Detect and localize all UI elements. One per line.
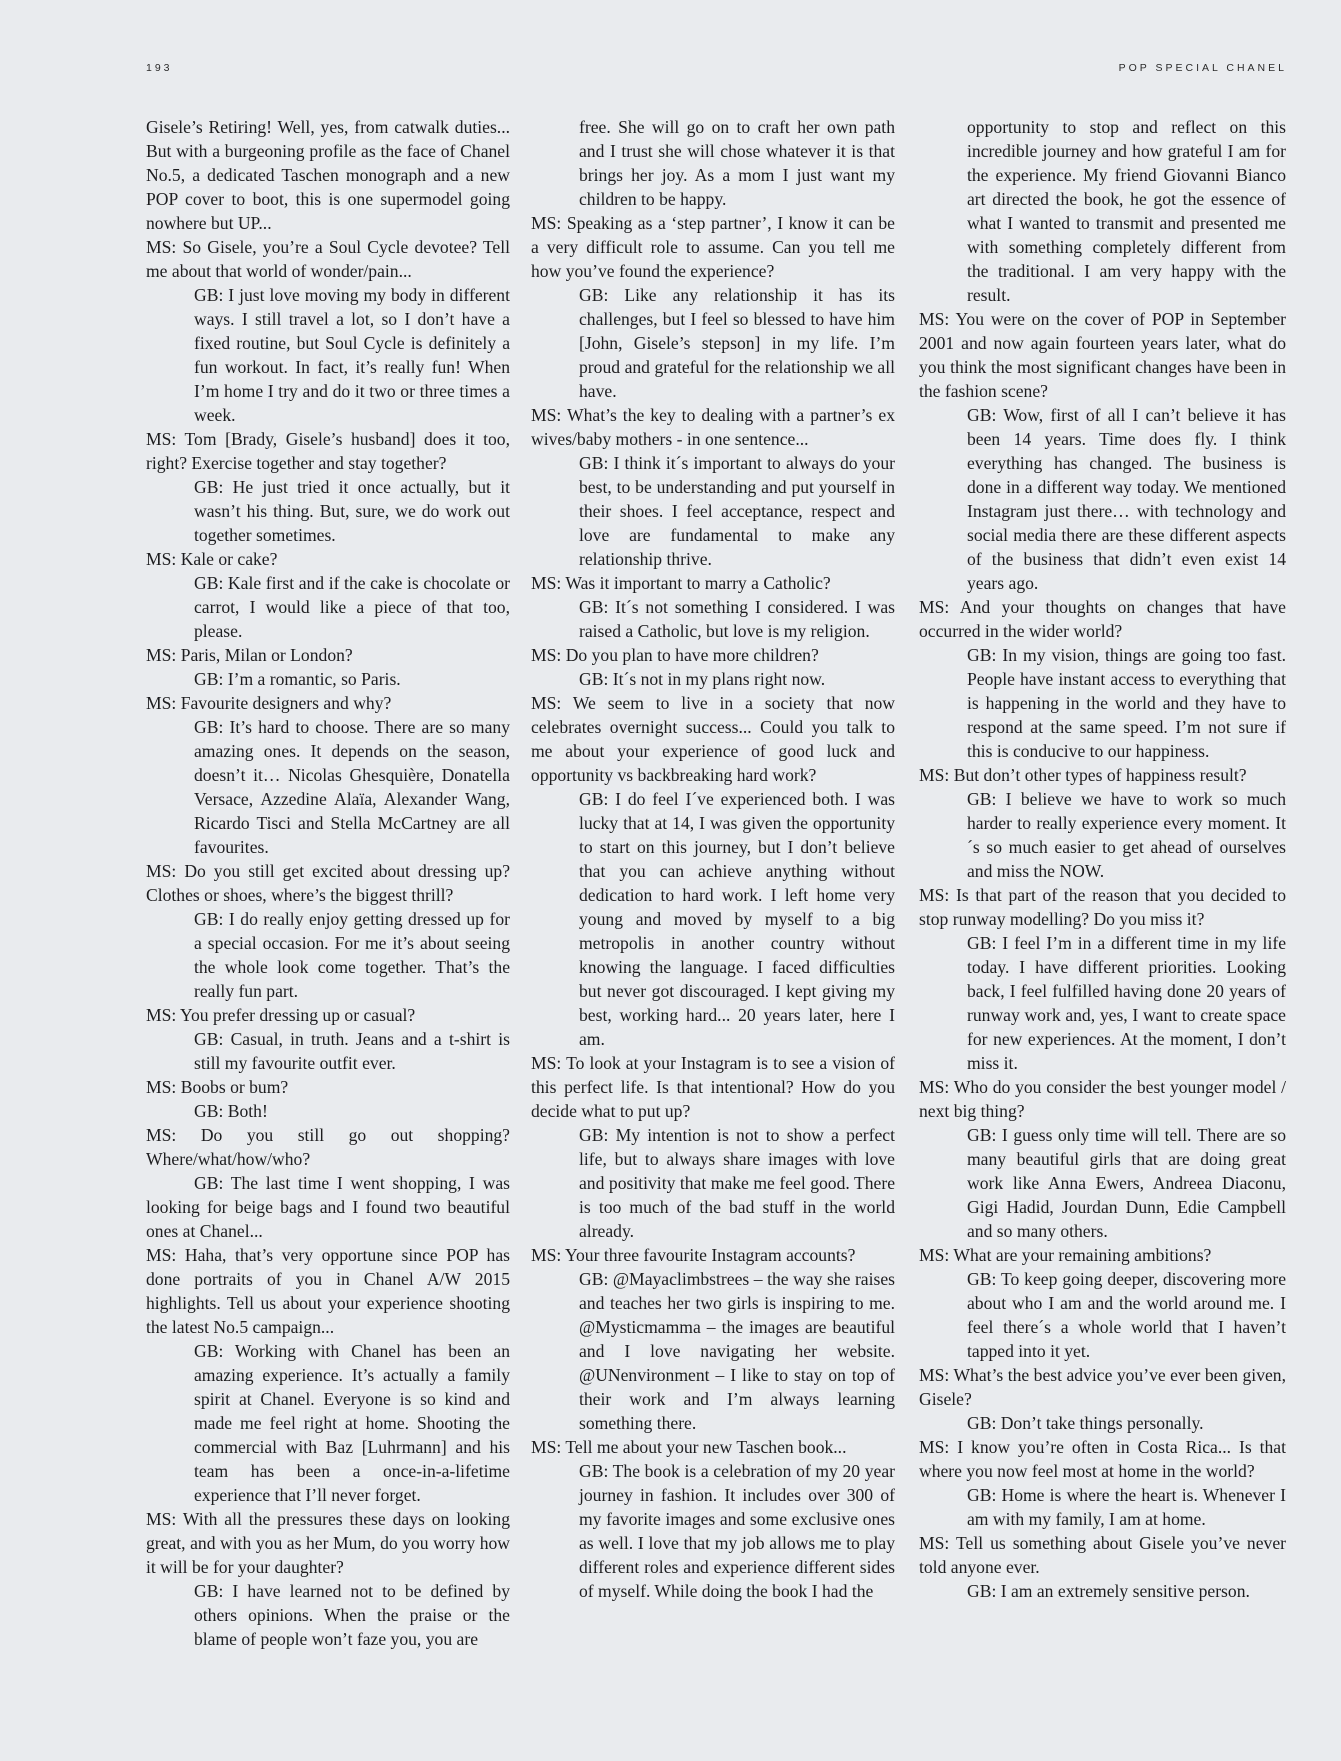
running-title: POP SPECIAL CHANEL: [1119, 62, 1287, 74]
page-header: 193 POP SPECIAL CHANEL: [146, 62, 1287, 78]
answer-paragraph: GB: I believe we have to work so much ha…: [919, 787, 1286, 883]
answer-paragraph: GB: Working with Chanel has been an amaz…: [146, 1339, 510, 1507]
question-paragraph: MS: Do you still go out shopping? Where/…: [146, 1123, 510, 1171]
answer-paragraph: GB: I do really enjoy getting dressed up…: [146, 907, 510, 1003]
question-paragraph: MS: So Gisele, you’re a Soul Cycle devot…: [146, 235, 510, 283]
question-paragraph: MS: Boobs or bum?: [146, 1075, 510, 1099]
question-paragraph: MS: What’s the best advice you’ve ever b…: [919, 1363, 1286, 1411]
page-number: 193: [146, 62, 173, 74]
answer-paragraph: GB: Both!: [146, 1099, 510, 1123]
answer-paragraph: GB: It’s hard to choose. There are so ma…: [146, 715, 510, 859]
column-3: opportunity to stop and reflect on this …: [919, 115, 1286, 1603]
answer-paragraph: GB: I do feel I´ve experienced both. I w…: [531, 787, 895, 1051]
question-paragraph: MS: Was it important to marry a Catholic…: [531, 571, 895, 595]
question-paragraph: MS: And your thoughts on changes that ha…: [919, 595, 1286, 643]
answer-paragraph: GB: The book is a celebration of my 20 y…: [531, 1459, 895, 1603]
question-paragraph: MS: To look at your Instagram is to see …: [531, 1051, 895, 1123]
question-paragraph: MS: Do you plan to have more children?: [531, 643, 895, 667]
question-paragraph: MS: Who do you consider the best younger…: [919, 1075, 1286, 1123]
question-paragraph: MS: You were on the cover of POP in Sept…: [919, 307, 1286, 403]
answer-paragraph: GB: Kale first and if the cake is chocol…: [146, 571, 510, 643]
question-paragraph: MS: Haha, that’s very opportune since PO…: [146, 1243, 510, 1339]
question-paragraph: MS: Your three favourite Instagram accou…: [531, 1243, 895, 1267]
question-paragraph: MS: Speaking as a ‘step partner’, I know…: [531, 211, 895, 283]
answer-paragraph: GB: Wow, first of all I can’t believe it…: [919, 403, 1286, 595]
answer-paragraph: GB: It´s not in my plans right now.: [531, 667, 895, 691]
answer-paragraph: GB: Home is where the heart is. Whenever…: [919, 1483, 1286, 1531]
answer-paragraph: GB: To keep going deeper, discovering mo…: [919, 1267, 1286, 1363]
answer-paragraph: GB: I think it´s important to always do …: [531, 451, 895, 571]
answer-paragraph: GB: Casual, in truth. Jeans and a t-shir…: [146, 1027, 510, 1075]
question-paragraph: MS: With all the pressures these days on…: [146, 1507, 510, 1579]
question-paragraph: MS: Favourite designers and why?: [146, 691, 510, 715]
answer-paragraph: opportunity to stop and reflect on this …: [919, 115, 1286, 307]
answer-paragraph: GB: The last time I went shopping, I was…: [146, 1171, 510, 1243]
answer-paragraph: GB: In my vision, things are going too f…: [919, 643, 1286, 763]
question-paragraph: MS: Tom [Brady, Gisele’s husband] does i…: [146, 427, 510, 475]
answer-paragraph: GB: Don’t take things personally.: [919, 1411, 1286, 1435]
answer-paragraph: free. She will go on to craft her own pa…: [531, 115, 895, 211]
answer-paragraph: GB: I am an extremely sensitive person.: [919, 1579, 1286, 1603]
intro-paragraph: Gisele’s Retiring! Well, yes, from catwa…: [146, 115, 510, 235]
question-paragraph: MS: We seem to live in a society that no…: [531, 691, 895, 787]
question-paragraph: MS: Do you still get excited about dress…: [146, 859, 510, 907]
question-paragraph: MS: Paris, Milan or London?: [146, 643, 510, 667]
answer-paragraph: GB: It´s not something I considered. I w…: [531, 595, 895, 643]
answer-paragraph: GB: He just tried it once actually, but …: [146, 475, 510, 547]
question-paragraph: MS: Tell me about your new Taschen book.…: [531, 1435, 895, 1459]
answer-paragraph: GB: My intention is not to show a perfec…: [531, 1123, 895, 1243]
question-paragraph: MS: But don’t other types of happiness r…: [919, 763, 1286, 787]
question-paragraph: MS: What’s the key to dealing with a par…: [531, 403, 895, 451]
answer-paragraph: GB: Like any relationship it has its cha…: [531, 283, 895, 403]
answer-paragraph: GB: I feel I’m in a different time in my…: [919, 931, 1286, 1075]
column-2: free. She will go on to craft her own pa…: [531, 115, 895, 1603]
column-1: Gisele’s Retiring! Well, yes, from catwa…: [146, 115, 510, 1651]
answer-paragraph: GB: @Mayaclimbstrees – the way she raise…: [531, 1267, 895, 1435]
question-paragraph: MS: What are your remaining ambitions?: [919, 1243, 1286, 1267]
answer-paragraph: GB: I guess only time will tell. There a…: [919, 1123, 1286, 1243]
question-paragraph: MS: Kale or cake?: [146, 547, 510, 571]
answer-paragraph: GB: I have learned not to be defined by …: [146, 1579, 510, 1651]
question-paragraph: MS: Tell us something about Gisele you’v…: [919, 1531, 1286, 1579]
question-paragraph: MS: Is that part of the reason that you …: [919, 883, 1286, 931]
answer-paragraph: GB: I just love moving my body in differ…: [146, 283, 510, 427]
answer-paragraph: GB: I’m a romantic, so Paris.: [146, 667, 510, 691]
question-paragraph: MS: I know you’re often in Costa Rica...…: [919, 1435, 1286, 1483]
question-paragraph: MS: You prefer dressing up or casual?: [146, 1003, 510, 1027]
